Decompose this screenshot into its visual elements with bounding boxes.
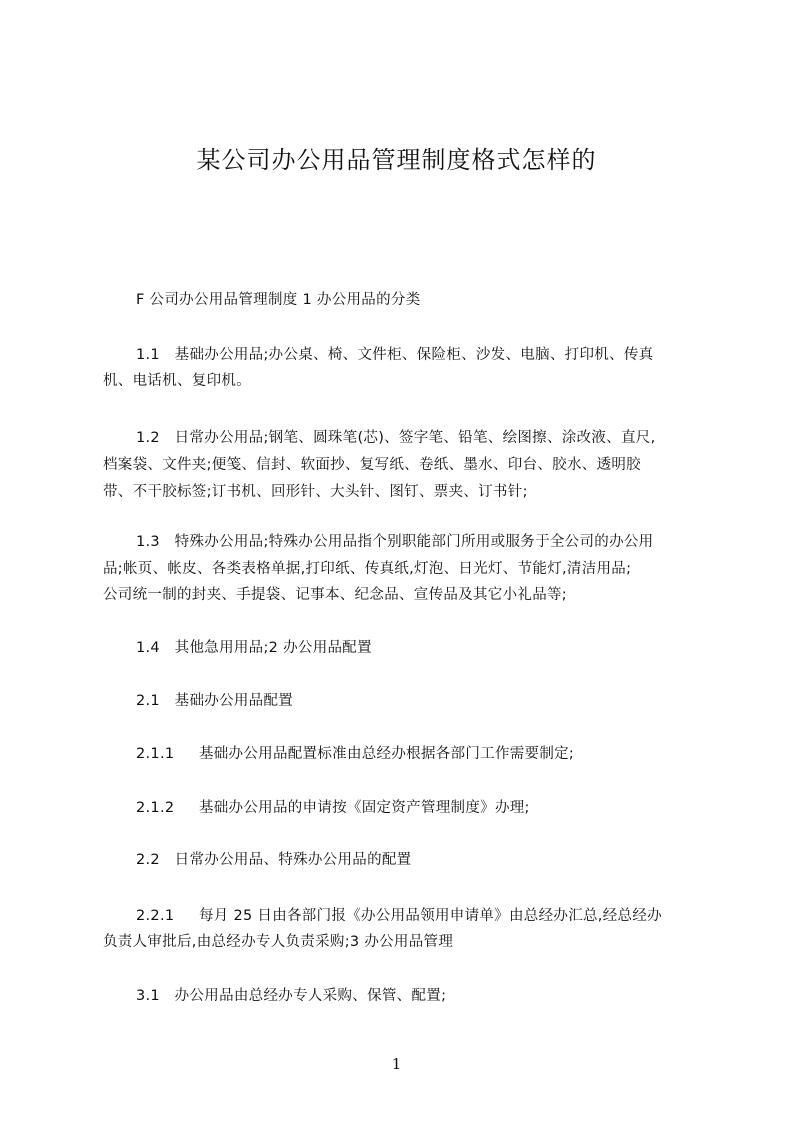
page-number: 1	[0, 1055, 793, 1073]
paragraph-1-2-line-2: 档案袋、文件夹;便笺、信封、软面抄、复写纸、卷纸、墨水、印台、胶水、透明胶	[103, 455, 641, 475]
paragraph-2-2-1-line-2: 负责人审批后,由总经办专人负责采购;3 办公用品管理	[103, 932, 453, 952]
paragraph-2-2: 2.2 日常办公用品、特殊办公用品的配置	[136, 850, 412, 870]
paragraph-1-2-line-1: 1.2 日常办公用品;钢笔、圆珠笔(芯)、签字笔、铅笔、绘图擦、涂改液、直尺,	[136, 428, 656, 448]
paragraph-2-2-1-line-1: 2.2.1 每月 25 日由各部门报《办公用品领用申请单》由总经办汇总,经总经办	[136, 906, 662, 926]
paragraph-2-1-2: 2.1.2 基础办公用品的申请按《固定资产管理制度》办理;	[136, 798, 530, 818]
paragraph-intro: F 公司办公用品管理制度 1 办公用品的分类	[136, 290, 421, 310]
paragraph-1-1-line-1: 1.1 基础办公用品;办公桌、椅、文件柜、保险柜、沙发、电脑、打印机、传真	[136, 345, 653, 365]
paragraph-1-3-line-2: 品;帐页、帐皮、各类表格单据,打印纸、传真纸,灯泡、日光灯、节能灯,清洁用品;	[103, 559, 631, 579]
document-title: 某公司办公用品管理制度格式怎样的	[0, 140, 793, 175]
paragraph-1-4: 1.4 其他急用用品;2 办公用品配置	[136, 638, 372, 658]
paragraph-2-1-1: 2.1.1 基础办公用品配置标准由总经办根据各部门工作需要制定;	[136, 744, 574, 764]
paragraph-1-3-line-1: 1.3 特殊办公用品;特殊办公用品指个别职能部门所用或服务于全公司的办公用	[136, 532, 653, 552]
paragraph-1-2-line-3: 带、不干胶标签;订书机、回形针、大头针、图钉、票夹、订书针;	[103, 482, 528, 502]
paragraph-1-1-line-2: 机、电话机、复印机。	[103, 371, 251, 391]
document-page: 某公司办公用品管理制度格式怎样的 F 公司办公用品管理制度 1 办公用品的分类 …	[0, 0, 793, 1122]
paragraph-1-3-line-3: 公司统一制的封夹、手提袋、记事本、纪念品、宣传品及其它小礼品等;	[103, 585, 567, 605]
paragraph-2-1: 2.1 基础办公用品配置	[136, 691, 293, 711]
paragraph-3-1: 3.1 办公用品由总经办专人采购、保管、配置;	[136, 986, 446, 1006]
